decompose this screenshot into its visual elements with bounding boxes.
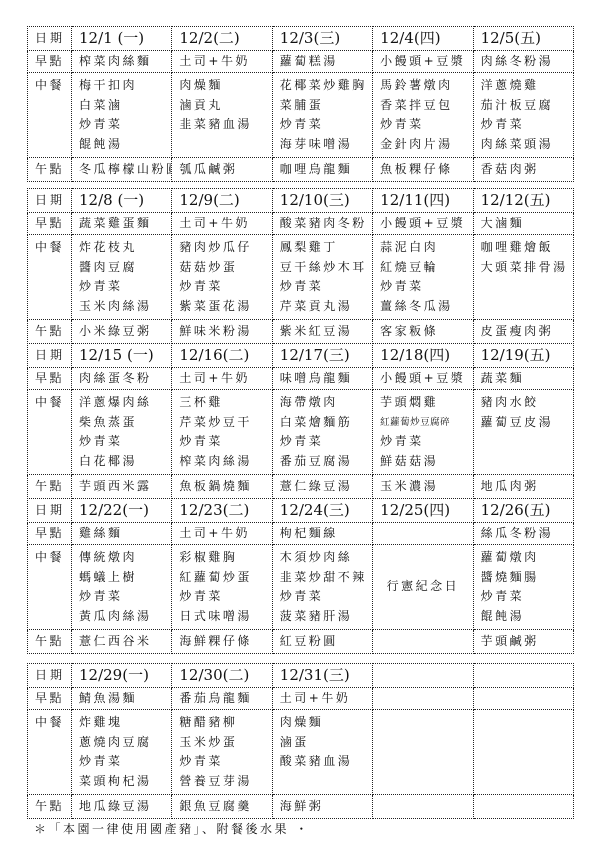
breakfast-cell: 鯖魚湯麵	[72, 688, 172, 710]
breakfast-cell: 酸菜豬肉冬粉	[272, 213, 372, 235]
snack-cell	[373, 795, 473, 819]
date-row: 日期12/8 (一)12/9(二)12/10(三)12/11(四)12/12(五…	[28, 189, 574, 213]
day-date: 12/9(二)	[172, 189, 272, 213]
lunch-dish: 炒青菜	[280, 115, 372, 135]
breakfast-cell: 肉絲蛋冬粉	[72, 368, 172, 390]
lunch-cell: 咖哩雞燴飯大頭菜排骨湯​​	[473, 235, 573, 320]
lunch-dish: 豬肉水餃	[481, 393, 573, 413]
lunch-row: 中餐炸花枝丸醬肉豆腐炒青菜玉米肉絲湯豬肉炒瓜仔菇菇炒蛋炒青菜紫菜蛋花湯鳳梨雞丁豆…	[28, 235, 574, 320]
lunch-dish: 木須炒肉絲	[280, 548, 372, 568]
lunch-dish: 洋蔥燒雞	[481, 76, 573, 96]
lunch-dish: 大頭菜排骨湯	[481, 258, 573, 278]
lunch-dish: ​	[380, 713, 472, 733]
day-date: 12/17(三)	[272, 344, 372, 368]
lunch-dish: 紅燒豆輪	[380, 258, 472, 278]
lunch-dish: 炒青菜	[481, 587, 573, 607]
lunch-dish: 蘿蔔燉肉	[481, 548, 573, 568]
lunch-dish: 白菜燴麵筋	[280, 413, 372, 433]
day-date: 12/11(四)	[373, 189, 473, 213]
week-block-3: 日期12/15 (一)12/16(二)12/17(三)12/18(四)12/19…	[27, 343, 573, 499]
lunch-dish: 海芽味噌湯	[280, 135, 372, 155]
week-block-4: 日期12/22(一)12/23(二)12/24(三)12/25(四)12/26(…	[27, 498, 573, 654]
lunch-dish: 醬肉豆腐	[79, 258, 171, 278]
lunch-dish: 肉燥麵	[179, 76, 271, 96]
week-menu-table: 日期12/15 (一)12/16(二)12/17(三)12/18(四)12/19…	[27, 343, 574, 499]
lunch-dish: 洋蔥爆肉絲	[79, 393, 171, 413]
lunch-cell: 炸花枝丸醬肉豆腐炒青菜玉米肉絲湯	[72, 235, 172, 320]
breakfast-cell: 土司+牛奶	[172, 523, 272, 545]
breakfast-cell: 小饅頭+豆漿	[373, 213, 473, 235]
lunch-cell: 木須炒肉絲韭菜炒甜不辣炒青菜菠菜豬肝湯	[272, 545, 372, 630]
date-label: 日期	[28, 499, 72, 523]
lunch-dish: 柴魚蒸蛋	[79, 413, 171, 433]
lunch-cell: 肉燥麵滷蛋酸菜豬血湯​	[272, 710, 372, 795]
day-date: 12/23(二)	[172, 499, 272, 523]
day-date: 12/8 (一)	[72, 189, 172, 213]
lunch-dish: 馬鈴薯燉肉	[380, 76, 472, 96]
breakfast-cell: 肉絲冬粉湯	[473, 51, 573, 73]
breakfast-row: 早點肉絲蛋冬粉土司+牛奶味噌烏龍麵小饅頭+豆漿蔬菜麵	[28, 368, 574, 390]
lunch-dish: 紅蘿蔔炒豆腐碎	[380, 413, 472, 433]
lunch-dish: 炒青菜	[179, 587, 271, 607]
day-date: 12/16(二)	[172, 344, 272, 368]
lunch-dish: 海帶燉肉	[280, 393, 372, 413]
lunch-dish: 炒青菜	[79, 277, 171, 297]
snack-cell: 海鮮粥	[272, 795, 372, 819]
lunch-dish: 番茄豆腐湯	[280, 452, 372, 472]
day-date	[473, 664, 573, 688]
breakfast-cell: 枸杞麵線	[272, 523, 372, 545]
lunch-dish: 炒青菜	[79, 432, 171, 452]
lunch-cell: 肉燥麵滷貢丸韭菜豬血湯​	[172, 73, 272, 158]
lunch-dish: 炒青菜	[179, 752, 271, 772]
breakfast-cell: 雞絲麵	[72, 523, 172, 545]
snack-cell: 芋頭鹹粥	[473, 630, 573, 654]
lunch-dish: 菜頭枸杞湯	[79, 772, 171, 792]
week-menu-table: 日期12/22(一)12/23(二)12/24(三)12/25(四)12/26(…	[27, 498, 574, 654]
lunch-dish: 炒青菜	[79, 115, 171, 135]
lunch-dish: 炒青菜	[179, 277, 271, 297]
lunch-cell: 洋蔥燒雞茄汁板豆腐炒青菜肉絲菜頭湯	[473, 73, 573, 158]
day-date: 12/4(四)	[373, 27, 473, 51]
lunch-row: 中餐洋蔥爆肉絲柴魚蒸蛋炒青菜白花椰湯三杯雞芹菜炒豆干炒青菜榨菜肉絲湯海帶燉肉白菜…	[28, 390, 574, 475]
lunch-dish: ​	[481, 297, 573, 317]
lunch-dish: 蘿蔔豆皮湯	[481, 413, 573, 433]
lunch-cell: 豬肉水餃蘿蔔豆皮湯​​	[473, 390, 573, 475]
snack-label: 午點	[28, 795, 72, 819]
snack-cell: 香菇肉粥	[473, 158, 573, 182]
breakfast-cell: 小饅頭+豆漿	[373, 368, 473, 390]
lunch-dish: 白菜滷	[79, 96, 171, 116]
lunch-dish: 餛飩湯	[481, 607, 573, 627]
day-date: 12/25(四)	[373, 499, 473, 523]
breakfast-cell: 番茄烏龍麵	[172, 688, 272, 710]
lunch-dish: 炒青菜	[380, 432, 472, 452]
lunch-cell: 彩椒雞胸紅蘿蔔炒蛋炒青菜日式味噌湯	[172, 545, 272, 630]
date-row: 日期12/22(一)12/23(二)12/24(三)12/25(四)12/26(…	[28, 499, 574, 523]
lunch-dish: 紅蘿蔔炒蛋	[179, 568, 271, 588]
date-label: 日期	[28, 664, 72, 688]
date-row: 日期12/15 (一)12/16(二)12/17(三)12/18(四)12/19…	[28, 344, 574, 368]
lunch-dish: 彩椒雞胸	[179, 548, 271, 568]
lunch-dish: 玉米肉絲湯	[79, 297, 171, 317]
breakfast-cell: 土司+牛奶	[172, 368, 272, 390]
day-date: 12/24(三)	[272, 499, 372, 523]
lunch-dish: ​	[280, 772, 372, 792]
day-date: 12/31(三)	[272, 664, 372, 688]
day-date: 12/26(五)	[473, 499, 573, 523]
week-block-5: 日期12/29(一)12/30(二)12/31(三)早點鯖魚湯麵番茄烏龍麵土司+…	[27, 663, 573, 819]
date-label: 日期	[28, 344, 72, 368]
day-date: 12/2(二)	[172, 27, 272, 51]
lunch-cell: 炸雞塊蔥燒肉豆腐炒青菜菜頭枸杞湯	[72, 710, 172, 795]
day-date: 12/1 (一)	[72, 27, 172, 51]
lunch-cell: 三杯雞芹菜炒豆干炒青菜榨菜肉絲湯	[172, 390, 272, 475]
lunch-cell: ​​​​	[473, 710, 573, 795]
breakfast-label: 早點	[28, 368, 72, 390]
lunch-label: 中餐	[28, 545, 72, 630]
lunch-dish: 蒜泥白肉	[380, 238, 472, 258]
lunch-dish: 菜脯蛋	[280, 96, 372, 116]
date-label: 日期	[28, 189, 72, 213]
breakfast-cell	[373, 688, 473, 710]
snack-row: 午點薏仁西谷米海鮮粿仔條紅豆粉圓芋頭鹹粥	[28, 630, 574, 654]
lunch-label: 中餐	[28, 235, 72, 320]
breakfast-cell: 土司+牛奶	[172, 51, 272, 73]
snack-cell: 紫米紅豆湯	[272, 320, 372, 344]
snack-cell	[473, 795, 573, 819]
lunch-dish: 炒青菜	[79, 587, 171, 607]
breakfast-cell: 蘿蔔糕湯	[272, 51, 372, 73]
lunch-dish: 鮮菇菇湯	[380, 452, 472, 472]
breakfast-row: 早點雞絲麵土司+牛奶枸杞麵線絲瓜冬粉湯	[28, 523, 574, 545]
lunch-dish: 炒青菜	[380, 115, 472, 135]
snack-cell: 瓠瓜鹹粥	[172, 158, 272, 182]
day-date: 12/10(三)	[272, 189, 372, 213]
lunch-dish: 豬肉炒瓜仔	[179, 238, 271, 258]
lunch-dish: 傳統燉肉	[79, 548, 171, 568]
lunch-dish: 醬燒麵腸	[481, 568, 573, 588]
lunch-dish: 蔥燒肉豆腐	[79, 733, 171, 753]
day-date: 12/29(一)	[72, 664, 172, 688]
lunch-dish: 酸菜豬血湯	[280, 752, 372, 772]
lunch-dish: 營養豆芽湯	[179, 772, 271, 792]
snack-cell: 鮮味米粉湯	[172, 320, 272, 344]
lunch-label: 中餐	[28, 390, 72, 475]
lunch-cell: 馬鈴薯燉肉香菜拌豆包炒青菜金針肉片湯	[373, 73, 473, 158]
holiday-cell: 行憲紀念日	[373, 545, 473, 630]
day-date: 12/15 (一)	[72, 344, 172, 368]
lunch-dish: 炒青菜	[280, 277, 372, 297]
breakfast-cell	[473, 688, 573, 710]
lunch-dish: 梅干扣肉	[79, 76, 171, 96]
week-menu-table: 日期12/8 (一)12/9(二)12/10(三)12/11(四)12/12(五…	[27, 188, 574, 344]
snack-cell: 玉米濃湯	[373, 475, 473, 499]
snack-cell: 咖哩烏龍麵	[272, 158, 372, 182]
lunch-dish: 炒青菜	[79, 752, 171, 772]
breakfast-label: 早點	[28, 523, 72, 545]
lunch-dish: 花椰菜炒雞胸	[280, 76, 372, 96]
lunch-cell: 芋頭燜雞紅蘿蔔炒豆腐碎炒青菜鮮菇菇湯	[373, 390, 473, 475]
lunch-dish: ​	[481, 752, 573, 772]
lunch-dish: 菇菇炒蛋	[179, 258, 271, 278]
lunch-cell: 糖醋豬柳玉米炒蛋炒青菜營養豆芽湯	[172, 710, 272, 795]
lunch-dish: 肉燥麵	[280, 713, 372, 733]
snack-row: 午點芋頭西米露魚板鍋燒麵薏仁綠豆湯玉米濃湯地瓜肉粥	[28, 475, 574, 499]
week-block-1: 日期12/1 (一)12/2(二)12/3(三)12/4(四)12/5(五)早點…	[27, 26, 573, 182]
lunch-dish: ​	[481, 713, 573, 733]
breakfast-cell: 味噌烏龍麵	[272, 368, 372, 390]
lunch-dish: 滷貢丸	[179, 96, 271, 116]
lunch-dish: 三杯雞	[179, 393, 271, 413]
snack-cell: 紅豆粉圓	[272, 630, 372, 654]
lunch-dish: 炒青菜	[280, 587, 372, 607]
lunch-cell: 海帶燉肉白菜燴麵筋炒青菜番茄豆腐湯	[272, 390, 372, 475]
snack-cell: 客家粄條	[373, 320, 473, 344]
week-menu-table: 日期12/29(一)12/30(二)12/31(三)早點鯖魚湯麵番茄烏龍麵土司+…	[27, 663, 574, 819]
lunch-cell: 鳳梨雞丁豆干絲炒木耳炒青菜芹菜貢丸湯	[272, 235, 372, 320]
lunch-dish: 日式味噌湯	[179, 607, 271, 627]
lunch-dish: 糖醋豬柳	[179, 713, 271, 733]
snack-row: 午點冬瓜檸檬山粉圓瓠瓜鹹粥咖哩烏龍麵魚板粿仔條香菇肉粥	[28, 158, 574, 182]
day-date: 12/18(四)	[373, 344, 473, 368]
lunch-dish: 炒青菜	[481, 115, 573, 135]
breakfast-row: 早點蔬菜雞蛋麵土司+牛奶酸菜豬肉冬粉小饅頭+豆漿大滷麵	[28, 213, 574, 235]
snack-label: 午點	[28, 320, 72, 344]
lunch-dish: ​	[481, 733, 573, 753]
lunch-cell: 花椰菜炒雞胸菜脯蛋炒青菜海芽味噌湯	[272, 73, 372, 158]
snack-cell: 芋頭西米露	[72, 475, 172, 499]
lunch-label: 中餐	[28, 710, 72, 795]
lunch-dish: 炒青菜	[380, 277, 472, 297]
lunch-dish: 菠菜豬肝湯	[280, 607, 372, 627]
breakfast-cell	[373, 523, 473, 545]
snack-row: 午點小米綠豆粥鮮味米粉湯紫米紅豆湯客家粄條皮蛋瘦肉粥	[28, 320, 574, 344]
lunch-dish: ​	[380, 733, 472, 753]
lunch-dish: 肉絲菜頭湯	[481, 135, 573, 155]
day-date: 12/30(二)	[172, 664, 272, 688]
breakfast-cell: 小饅頭+豆漿	[373, 51, 473, 73]
day-date: 12/5(五)	[473, 27, 573, 51]
breakfast-label: 早點	[28, 213, 72, 235]
lunch-dish: 芋頭燜雞	[380, 393, 472, 413]
snack-row: 午點地瓜綠豆湯銀魚豆腐羹海鮮粥	[28, 795, 574, 819]
lunch-dish: 豆干絲炒木耳	[280, 258, 372, 278]
snack-label: 午點	[28, 475, 72, 499]
snack-cell	[373, 630, 473, 654]
lunch-dish: 茄汁板豆腐	[481, 96, 573, 116]
lunch-dish: 榨菜肉絲湯	[179, 452, 271, 472]
lunch-dish: ​	[481, 277, 573, 297]
snack-cell: 皮蛋瘦肉粥	[473, 320, 573, 344]
breakfast-label: 早點	[28, 688, 72, 710]
lunch-cell: 傳統燉肉螞蟻上樹炒青菜黃瓜肉絲湯	[72, 545, 172, 630]
snack-cell: 薏仁綠豆湯	[272, 475, 372, 499]
day-date: 12/19(五)	[473, 344, 573, 368]
lunch-dish: 炒青菜	[280, 432, 372, 452]
footnote: ＊「本園一律使用國產豬」、附餐後水果 ・	[34, 820, 310, 837]
lunch-dish: ​	[481, 772, 573, 792]
snack-label: 午點	[28, 158, 72, 182]
lunch-dish: 薑絲冬瓜湯	[380, 297, 472, 317]
lunch-cell: 梅干扣肉白菜滷炒青菜餛飩湯	[72, 73, 172, 158]
lunch-dish: 韭菜豬血湯	[179, 115, 271, 135]
breakfast-cell: 土司+牛奶	[172, 213, 272, 235]
lunch-dish: 紫菜蛋花湯	[179, 297, 271, 317]
lunch-dish: ​	[380, 752, 472, 772]
breakfast-cell: 大滷麵	[473, 213, 573, 235]
lunch-dish: 芹菜炒豆干	[179, 413, 271, 433]
breakfast-cell: 蔬菜雞蛋麵	[72, 213, 172, 235]
lunch-dish: 黃瓜肉絲湯	[79, 607, 171, 627]
lunch-row: 中餐傳統燉肉螞蟻上樹炒青菜黃瓜肉絲湯彩椒雞胸紅蘿蔔炒蛋炒青菜日式味噌湯木須炒肉絲…	[28, 545, 574, 630]
lunch-cell: 蘿蔔燉肉醬燒麵腸炒青菜餛飩湯	[473, 545, 573, 630]
lunch-dish: 炒青菜	[179, 432, 271, 452]
lunch-dish: ​	[179, 135, 271, 155]
lunch-row: 中餐梅干扣肉白菜滷炒青菜餛飩湯肉燥麵滷貢丸韭菜豬血湯​花椰菜炒雞胸菜脯蛋炒青菜海…	[28, 73, 574, 158]
lunch-cell: 豬肉炒瓜仔菇菇炒蛋炒青菜紫菜蛋花湯	[172, 235, 272, 320]
date-label: 日期	[28, 27, 72, 51]
week-menu-table: 日期12/1 (一)12/2(二)12/3(三)12/4(四)12/5(五)早點…	[27, 26, 574, 182]
lunch-row: 中餐炸雞塊蔥燒肉豆腐炒青菜菜頭枸杞湯糖醋豬柳玉米炒蛋炒青菜營養豆芽湯肉燥麵滷蛋酸…	[28, 710, 574, 795]
date-row: 日期12/29(一)12/30(二)12/31(三)	[28, 664, 574, 688]
lunch-dish: ​	[481, 432, 573, 452]
lunch-cell: 洋蔥爆肉絲柴魚蒸蛋炒青菜白花椰湯	[72, 390, 172, 475]
snack-cell: 海鮮粿仔條	[172, 630, 272, 654]
lunch-dish: 咖哩雞燴飯	[481, 238, 573, 258]
snack-cell: 魚板鍋燒麵	[172, 475, 272, 499]
lunch-dish: 芹菜貢丸湯	[280, 297, 372, 317]
lunch-dish: 玉米炒蛋	[179, 733, 271, 753]
lunch-cell: ​​​​	[373, 710, 473, 795]
lunch-cell: 蒜泥白肉紅燒豆輪炒青菜薑絲冬瓜湯	[373, 235, 473, 320]
lunch-dish: 炸花枝丸	[79, 238, 171, 258]
snack-label: 午點	[28, 630, 72, 654]
snack-cell: 地瓜綠豆湯	[72, 795, 172, 819]
breakfast-cell: 榨菜肉絲麵	[72, 51, 172, 73]
day-date	[373, 664, 473, 688]
breakfast-cell: 土司+牛奶	[272, 688, 372, 710]
lunch-dish: 滷蛋	[280, 733, 372, 753]
date-row: 日期12/1 (一)12/2(二)12/3(三)12/4(四)12/5(五)	[28, 27, 574, 51]
lunch-dish: 韭菜炒甜不辣	[280, 568, 372, 588]
breakfast-cell: 蔬菜麵	[473, 368, 573, 390]
snack-cell: 小米綠豆粥	[72, 320, 172, 344]
lunch-dish: 炸雞塊	[79, 713, 171, 733]
lunch-dish: ​	[380, 772, 472, 792]
day-date: 12/12(五)	[473, 189, 573, 213]
week-block-2: 日期12/8 (一)12/9(二)12/10(三)12/11(四)12/12(五…	[27, 188, 573, 344]
snack-cell: 冬瓜檸檬山粉圓	[72, 158, 172, 182]
lunch-label: 中餐	[28, 73, 72, 158]
lunch-dish: 螞蟻上樹	[79, 568, 171, 588]
lunch-dish: 香菜拌豆包	[380, 96, 472, 116]
lunch-dish: 餛飩湯	[79, 135, 171, 155]
snack-cell: 魚板粿仔條	[373, 158, 473, 182]
day-date: 12/22(一)	[72, 499, 172, 523]
lunch-dish: 金針肉片湯	[380, 135, 472, 155]
lunch-dish: 鳳梨雞丁	[280, 238, 372, 258]
lunch-dish: ​	[481, 452, 573, 472]
snack-cell: 地瓜肉粥	[473, 475, 573, 499]
breakfast-cell: 絲瓜冬粉湯	[473, 523, 573, 545]
breakfast-row: 早點榨菜肉絲麵土司+牛奶蘿蔔糕湯小饅頭+豆漿肉絲冬粉湯	[28, 51, 574, 73]
breakfast-row: 早點鯖魚湯麵番茄烏龍麵土司+牛奶	[28, 688, 574, 710]
snack-cell: 銀魚豆腐羹	[172, 795, 272, 819]
snack-cell: 薏仁西谷米	[72, 630, 172, 654]
lunch-dish: 白花椰湯	[79, 452, 171, 472]
breakfast-label: 早點	[28, 51, 72, 73]
day-date: 12/3(三)	[272, 27, 372, 51]
